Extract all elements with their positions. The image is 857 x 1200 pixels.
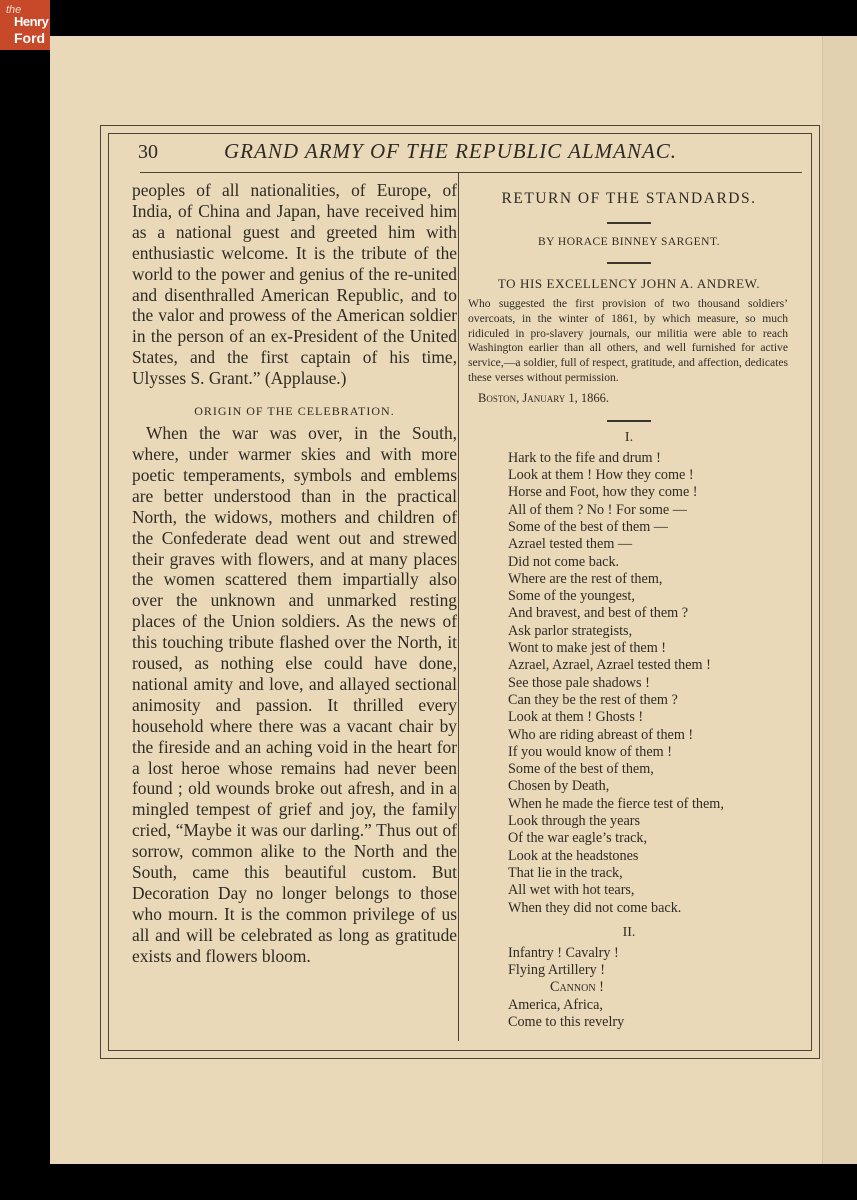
logo-ford: Ford bbox=[14, 30, 45, 46]
verse-line: Horse and Foot, how they come ! bbox=[508, 484, 794, 501]
verse-line: Cannon ! bbox=[508, 979, 794, 996]
dedicatee: TO HIS EXCELLENCY JOHN A. ANDREW. bbox=[464, 276, 794, 292]
paragraph-origin: When the war was over, in the South, whe… bbox=[132, 423, 457, 967]
dedication-text: Who suggested the first provision of two… bbox=[468, 297, 788, 386]
verse-line: America, Africa, bbox=[508, 997, 794, 1014]
page-number: 30 bbox=[138, 141, 158, 164]
byline-rule bbox=[607, 262, 651, 264]
column-divider bbox=[458, 173, 459, 1041]
verse-line: Where are the rest of them, bbox=[508, 571, 794, 588]
verse-line: Azrael tested them — bbox=[508, 536, 794, 553]
verse-line: Come to this revelry bbox=[508, 1014, 794, 1031]
stanza-2: Infantry ! Cavalry ! Flying Artillery ! … bbox=[508, 945, 794, 1031]
verse-line: Some of the best of them — bbox=[508, 519, 794, 536]
verse-line: Look at them ! How they come ! bbox=[508, 467, 794, 484]
verse-line: All wet with hot tears, bbox=[508, 882, 794, 899]
verse-line: Chosen by Death, bbox=[508, 778, 794, 795]
place-date: Boston, January 1, 1866. bbox=[478, 391, 794, 406]
verse-line: That lie in the track, bbox=[508, 865, 794, 882]
henry-ford-logo: the Henry Ford bbox=[0, 0, 50, 50]
page-gutter bbox=[822, 36, 857, 1164]
verse-line: Look through the years bbox=[508, 813, 794, 830]
verse-line: Flying Artillery ! bbox=[508, 962, 794, 979]
paragraph-continued: peoples of all nationalities, of Europe,… bbox=[132, 180, 457, 389]
verse-line: All of them ? No ! For some — bbox=[508, 502, 794, 519]
verse-line: Some of the best of them, bbox=[508, 761, 794, 778]
page-header: 30 GRAND ARMY OF THE REPUBLIC ALMANAC. bbox=[112, 137, 802, 167]
verse-line: Did not come back. bbox=[508, 554, 794, 571]
verse-line: See those pale shadows ! bbox=[508, 675, 794, 692]
verse-line: Some of the youngest, bbox=[508, 588, 794, 605]
verse-line: Infantry ! Cavalry ! bbox=[508, 945, 794, 962]
verse-line: Can they be the rest of them ? bbox=[508, 692, 794, 709]
stanza-number-2: II. bbox=[464, 925, 794, 941]
poem-byline: BY HORACE BINNEY SARGENT. bbox=[464, 236, 794, 248]
verse-line: Hark to the fife and drum ! bbox=[508, 450, 794, 467]
verse-line: If you would know of them ! bbox=[508, 744, 794, 761]
verse-line: Azrael, Azrael, Azrael tested them ! bbox=[508, 657, 794, 674]
stanza-number-1: I. bbox=[464, 430, 794, 446]
left-column: peoples of all nationalities, of Europe,… bbox=[132, 180, 457, 967]
stanza-1: Hark to the fife and drum ! Look at them… bbox=[508, 450, 794, 917]
section-heading: ORIGIN OF THE CELEBRATION. bbox=[132, 403, 457, 419]
verse-line: Wont to make jest of them ! bbox=[508, 640, 794, 657]
right-column: RETURN OF THE STANDARDS. BY HORACE BINNE… bbox=[464, 190, 794, 1031]
title-rule bbox=[607, 222, 651, 224]
verse-line: Ask parlor strategists, bbox=[508, 623, 794, 640]
running-title: GRAND ARMY OF THE REPUBLIC ALMANAC. bbox=[224, 139, 677, 164]
verse-line: Of the war eagle’s track, bbox=[508, 830, 794, 847]
verse-line: When they did not come back. bbox=[508, 900, 794, 917]
verse-line: When he made the fierce test of them, bbox=[508, 796, 794, 813]
poem-title: RETURN OF THE STANDARDS. bbox=[464, 190, 794, 208]
verse-line: Look at the headstones bbox=[508, 848, 794, 865]
verse-line: Who are riding abreast of them ! bbox=[508, 727, 794, 744]
verse-line: Look at them ! Ghosts ! bbox=[508, 709, 794, 726]
header-rule bbox=[140, 172, 802, 173]
dedication-rule bbox=[607, 420, 651, 422]
logo-henry: Henry bbox=[14, 14, 48, 29]
verse-line: And bravest, and best of them ? bbox=[508, 605, 794, 622]
